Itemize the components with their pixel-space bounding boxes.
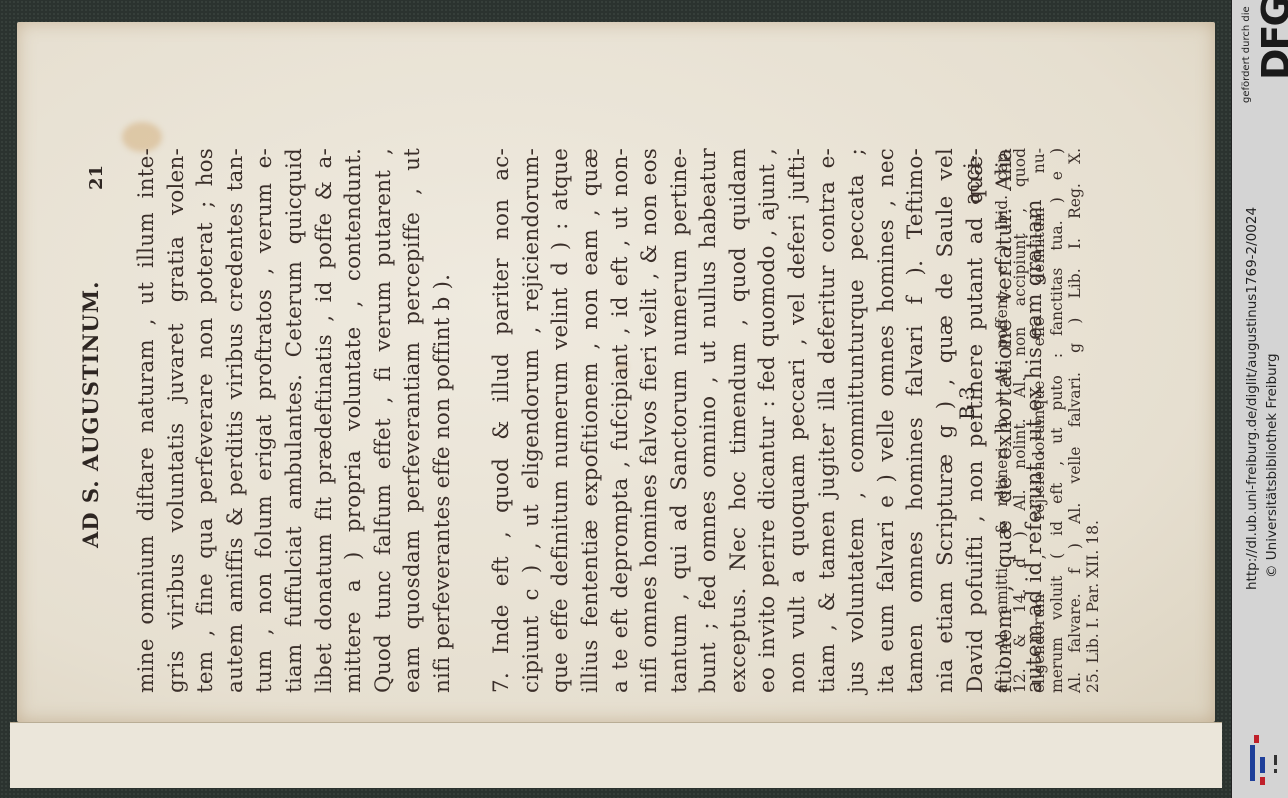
text-line: a te eft deprompta , fufcipiant , id eft… xyxy=(606,148,636,693)
text-line: a ) Al. amitti , & retineri. b ) Al. pof… xyxy=(993,148,1011,693)
body-text: mine omnium diftare naturam , ut illum i… xyxy=(132,148,1049,693)
text-line: tiam , & tamen jugiter illa deferitur co… xyxy=(813,148,843,693)
text-line: mine omnium diftare naturam , ut illum i… xyxy=(132,148,162,693)
text-line: libet donatum fit prædeftinatis , id pof… xyxy=(310,148,340,693)
text-line: non vult a quoquam peccari , vel deferi … xyxy=(783,148,813,693)
text-line: gris viribus voluntatis juvaret gratia v… xyxy=(162,148,192,693)
facing-page-edge xyxy=(10,722,1222,788)
text-line: jus voluntatem , committunturque peccata… xyxy=(842,148,872,693)
text-line: que effe definitum numerum velint d ) : … xyxy=(546,148,576,693)
catchword: acci- xyxy=(960,155,984,205)
text-line: merum voluit ( id eft , ut puto : fancti… xyxy=(1048,148,1066,693)
text-line: 7. Inde eft , quod & illud pariter non a… xyxy=(487,148,517,693)
text-line: nia etiam Scripturæ g ) , quæ de Saule v… xyxy=(931,148,961,693)
library-logo-icon xyxy=(1240,733,1284,793)
text-line: ita eum falvari e ) velle omnes homines … xyxy=(872,148,902,693)
page-number: 21 xyxy=(86,165,107,190)
funding-label: gefördert durch die xyxy=(1241,6,1252,103)
text-line: eligendorum , rejiciendorumque effe defi… xyxy=(1030,148,1048,693)
text-line: eo invito perire dicantur : fed quomodo … xyxy=(753,148,783,693)
text-line: David pofuifti , non pertinere putant ad… xyxy=(961,148,991,693)
text-line: nifi perfeverantes effe non poffint b ). xyxy=(428,148,458,693)
text-line: nifi omnes homines falvos fieri velit , … xyxy=(635,148,665,693)
text-line: mittere a ) propria voluntate , contendu… xyxy=(339,148,369,693)
text-line xyxy=(458,148,488,693)
text-line: 25. Lib. I. Par. XII. 18. xyxy=(1084,148,1102,693)
text-line: illius fententiæ expofitionem , non eam … xyxy=(576,148,606,693)
signature-mark: B 3 xyxy=(955,386,979,420)
text-line: tiam fuffulciat ambulantes. Ceterum quic… xyxy=(280,148,310,693)
text-line: tamen omnes homines falvari f ). Teftimo… xyxy=(901,148,931,693)
text-line: autem amiffis & perditis viribus credent… xyxy=(221,148,251,693)
text-line: tantum , qui ad Sanctorum numerum pertin… xyxy=(665,148,695,693)
dfg-logo: DFG xyxy=(1254,0,1288,80)
text-line: bunt ; fed omnes omnino , ut nullus habe… xyxy=(694,148,724,693)
text-line: exceptus. Nec hoc timendum , quod quidam xyxy=(724,148,754,693)
text-line: eam quosdam perfeverantiam percepiffe , … xyxy=(398,148,428,693)
text-line: tum , non folum erigat proftratos , veru… xyxy=(250,148,280,693)
text-line: Quod tunc falfum effet , fi verum putare… xyxy=(369,148,399,693)
text-line: tem , fine qua perfeverare non poterat ;… xyxy=(191,148,221,693)
text-line: cipiunt c ) , ut eligendorum , rejiciend… xyxy=(517,148,547,693)
copyright-notice: © Universitätsbibliothek Freiburg xyxy=(1264,353,1280,578)
permalink-url[interactable]: http://dl.ub.uni-freiburg.de/diglit/augu… xyxy=(1244,207,1260,590)
running-header: AD S. AUGUSTINUM. xyxy=(78,281,103,548)
footnotes: a ) Al. amitti , & retineri. b ) Al. pof… xyxy=(993,148,1103,693)
text-line: 12. & 14. d ) Al. nolint. Al. non accipi… xyxy=(1011,148,1029,693)
text-line: Al. falvare. f ) Al. velle falvari. g ) … xyxy=(1066,148,1084,693)
